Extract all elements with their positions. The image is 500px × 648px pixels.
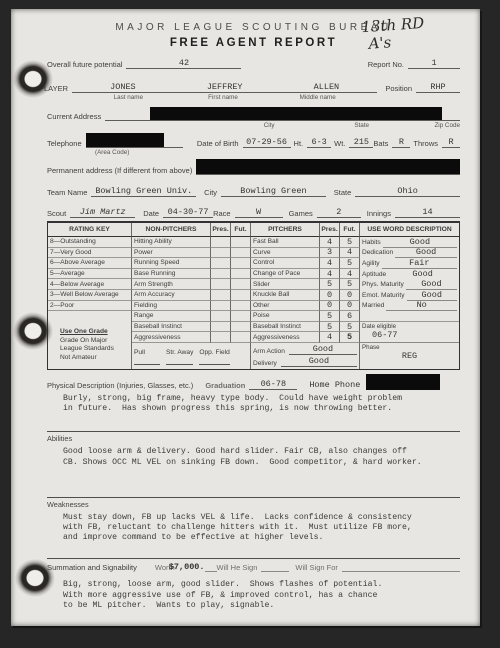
first-name-sublabel: First name	[176, 94, 271, 101]
permanent-address-label: Permanent address (If different from abo…	[47, 166, 196, 175]
team-state-label: State	[326, 188, 356, 197]
physical-description-label: Physical Description (Injuries, Glasses,…	[47, 381, 197, 390]
rating-key-item: 4—Below Average	[48, 279, 132, 290]
col-header-pres: Pres.	[211, 223, 231, 237]
word-desc-row: HabitsGood	[360, 237, 459, 248]
delivery-value: Good	[281, 356, 357, 366]
scout-date-value: 04-30-77	[163, 207, 213, 217]
col-header-non-pitchers: NON-PITCHERS	[132, 223, 211, 237]
graduation-label: Graduation	[205, 381, 249, 390]
pitcher-pres-grade: 4	[320, 237, 340, 248]
current-address-field	[105, 107, 460, 121]
word-desc-label: Dedication	[362, 249, 393, 256]
pitcher-fut-grade: 5	[340, 237, 360, 248]
position-label: Position	[377, 84, 416, 93]
word-desc-label: Married	[362, 302, 384, 309]
word-desc-value: Fair	[409, 258, 429, 268]
phase-label: Phase	[362, 344, 380, 351]
physical-description-text: Burly, strong, big frame, heavy type bod…	[63, 394, 460, 414]
pitcher-pres-grade: 4	[320, 258, 340, 269]
pitcher-skill: Change of Pace	[251, 269, 320, 280]
player-middle-name: ALLEN	[276, 82, 378, 92]
height-label: Ht.	[291, 139, 308, 148]
col-header-pres2: Pres.	[320, 223, 340, 237]
word-desc-blank-line	[360, 311, 459, 322]
word-desc-row: Phys. MaturityGood	[360, 279, 459, 290]
date-eligible-block: Date eligible 06-77	[360, 322, 459, 343]
innings-label: Innings	[361, 209, 395, 218]
non-pitcher-pres-cell	[211, 258, 231, 269]
spray-pull-line	[134, 356, 160, 365]
player-name-sublabels: Last name First name Middle name	[81, 94, 365, 101]
pitcher-fut-grade: 5	[340, 322, 360, 333]
word-desc-label: Agility	[362, 260, 380, 267]
bats-field: R	[392, 137, 410, 148]
pitcher-pres-grade: 0	[320, 301, 340, 312]
pitcher-skill: Knuckle Ball	[251, 290, 320, 301]
graduation-field: 06-78	[249, 379, 297, 390]
col-header-rating-key: RATING KEY	[48, 223, 132, 237]
non-pitcher-skill: Hitting Ability	[132, 237, 211, 248]
punch-hole-bottom	[15, 559, 55, 597]
pitcher-skill: Fast Ball	[251, 237, 320, 248]
team-city-field: Bowling Green	[221, 186, 326, 197]
height-field: 6-3	[307, 137, 331, 148]
city-sublabel: City	[223, 122, 316, 129]
non-pitcher-skill: Base Running	[132, 269, 211, 280]
overall-potential-value: 42	[126, 58, 241, 68]
will-he-sign-field	[261, 562, 289, 572]
punch-hole-middle	[13, 312, 53, 350]
race-label: Race	[213, 209, 235, 218]
abilities-label: Abilities	[47, 434, 460, 443]
team-city-value: Bowling Green	[221, 186, 326, 196]
last-name-sublabel: Last name	[81, 94, 176, 101]
throws-value: R	[442, 137, 460, 147]
pitcher-skill: Control	[251, 258, 320, 269]
pitcher-skill: Aggressiveness	[251, 332, 320, 343]
pitcher-skill: Poise	[251, 311, 320, 322]
col-header-pitchers: PITCHERS	[251, 223, 320, 237]
word-desc-label: Phys. Maturity	[362, 281, 404, 288]
pitcher-skill: Baseball Instinct	[251, 322, 320, 333]
non-pitcher-pres-cell	[211, 322, 231, 333]
pitcher-fut-grade: 4	[340, 248, 360, 259]
games-value: 2	[317, 207, 361, 217]
non-pitcher-fut-cell	[231, 332, 251, 343]
games-label: Games	[283, 209, 317, 218]
spray-pull-label: Pull	[134, 349, 160, 356]
delivery-label: Delivery	[253, 360, 281, 367]
non-pitcher-skill: Range	[132, 311, 211, 322]
pitcher-skill: Other	[251, 301, 320, 312]
spray-opp-field-label: Opp. Field	[199, 349, 229, 356]
non-pitcher-fut-cell	[231, 269, 251, 280]
grade-note-line: Grade On Major	[60, 337, 107, 346]
pitcher-pres-grade: 3	[320, 248, 340, 259]
throws-field: R	[442, 137, 460, 148]
scout-field: Jim Martz	[70, 207, 135, 218]
dob-field: 07-29-56	[243, 137, 291, 148]
team-state-value: Ohio	[355, 186, 460, 196]
team-state-field: Ohio	[355, 186, 460, 197]
current-address-label: Current Address	[47, 112, 105, 121]
spray-chart-cell: Pull Str. Away Opp. Field	[132, 343, 251, 369]
punch-hole-top	[13, 60, 53, 98]
rating-table: RATING KEY NON-PITCHERS Pres. Fut. PITCH…	[47, 221, 460, 370]
spray-opp-field-line	[199, 356, 229, 365]
non-pitcher-pres-cell	[211, 279, 231, 290]
phase-block: Phase REG	[360, 343, 459, 369]
arm-action-delivery-cell: Arm ActionGood DeliveryGood	[251, 343, 360, 369]
section-divider	[47, 558, 460, 559]
will-sign-for-field	[342, 562, 460, 572]
race-value: W	[235, 207, 283, 217]
arm-action-label: Arm Action	[253, 348, 289, 355]
team-name-field: Bowling Green Univ.	[91, 186, 196, 197]
word-desc-value: Good	[410, 237, 430, 247]
non-pitcher-pres-cell	[211, 301, 231, 312]
rating-key-blank-cell	[48, 311, 132, 322]
pitcher-pres-grade: 5	[320, 322, 340, 333]
report-no-field: 1	[408, 58, 460, 69]
non-pitcher-skill: Baseball Instinct	[132, 322, 211, 333]
summation-text: Big, strong, loose arm, good slider. Sho…	[63, 580, 460, 611]
non-pitcher-pres-cell	[211, 332, 231, 343]
non-pitcher-pres-cell	[211, 290, 231, 301]
report-no-label: Report No.	[368, 60, 408, 69]
non-pitcher-fut-cell	[231, 311, 251, 322]
phase-value: REG	[402, 351, 417, 361]
non-pitcher-fut-cell	[231, 279, 251, 290]
will-sign-for-label: Will Sign For	[289, 563, 342, 572]
scout-value: Jim Martz	[70, 207, 135, 217]
arm-action-value: Good	[289, 344, 357, 354]
non-pitcher-skill: Running Speed	[132, 258, 211, 269]
games-field: 2	[317, 207, 361, 218]
home-phone-label: Home Phone	[297, 380, 364, 390]
home-phone-redaction	[366, 374, 440, 390]
pitcher-fut-grade: 6	[340, 311, 360, 322]
telephone-redaction	[86, 133, 164, 147]
weight-value: 215	[349, 137, 373, 147]
throws-label: Throws	[410, 139, 442, 148]
non-pitcher-fut-cell	[231, 248, 251, 259]
non-pitcher-fut-cell	[231, 258, 251, 269]
permanent-address-field	[196, 159, 460, 175]
dob-value: 07-29-56	[243, 137, 291, 147]
innings-value: 14	[395, 207, 460, 217]
report-no-value: 1	[408, 58, 460, 68]
rating-key-item: 7—Very Good	[48, 248, 132, 259]
pitcher-fut-grade: 4	[340, 269, 360, 280]
summation-label: Summation and Signability	[47, 563, 141, 572]
pitcher-pres-grade: 4	[320, 332, 340, 343]
non-pitcher-skill: Arm Accuracy	[132, 290, 211, 301]
non-pitcher-pres-cell	[211, 269, 231, 280]
middle-name-sublabel: Middle name	[270, 94, 365, 101]
pitcher-fut-grade: 5	[340, 279, 360, 290]
bats-value: R	[392, 137, 410, 147]
word-desc-row: MarriedNo	[360, 301, 459, 312]
telephone-label: Telephone	[47, 139, 86, 148]
word-desc-row: AptitudeGood	[360, 269, 459, 280]
grade-note-line: League Standards	[60, 345, 114, 354]
section-divider	[47, 431, 460, 432]
pitcher-pres-grade: 5	[320, 279, 340, 290]
rating-key-item: 5—Average	[48, 269, 132, 280]
pitcher-pres-grade: 0	[320, 290, 340, 301]
height-value: 6-3	[307, 137, 331, 147]
non-pitcher-fut-cell	[231, 290, 251, 301]
word-desc-value: Good	[416, 248, 436, 258]
non-pitcher-fut-cell	[231, 237, 251, 248]
dob-label: Date of Birth	[197, 139, 243, 148]
handwritten-draft-note: 13th RD A's	[361, 15, 426, 53]
position-field: RHP	[416, 82, 460, 93]
rating-key-item: 8—Outstanding	[48, 237, 132, 248]
current-address-redaction	[150, 107, 442, 120]
team-city-label: City	[196, 188, 221, 197]
player-name-field: JONES JEFFREY ALLEN	[72, 82, 377, 93]
will-he-sign-label: Will He Sign	[217, 563, 262, 572]
rating-key-item: 2—Poor	[48, 301, 132, 312]
telephone-field	[86, 133, 183, 148]
scout-date-field: 04-30-77	[163, 207, 213, 218]
word-desc-label: Aptitude	[362, 271, 386, 278]
pitcher-fut-grade: 0	[340, 290, 360, 301]
pitcher-skill: Curve	[251, 248, 320, 259]
pitcher-skill: Slider	[251, 279, 320, 290]
pitcher-fut-grade: 0	[340, 301, 360, 312]
spray-straight-away-label: Str. Away	[166, 349, 193, 356]
non-pitcher-skill: Aggressiveness	[132, 332, 211, 343]
player-first-name: JEFFREY	[174, 82, 276, 92]
date-eligible-label: Date eligible	[362, 323, 396, 330]
innings-field: 14	[395, 207, 460, 218]
player-last-name: JONES	[72, 82, 174, 92]
pitcher-pres-grade: 5	[320, 311, 340, 322]
rating-key-item: 3—Well Below Average	[48, 290, 132, 301]
non-pitcher-skill: Fielding	[132, 301, 211, 312]
pitcher-fut-grade: 5	[340, 258, 360, 269]
weaknesses-text: Must stay down, FB up lacks VEL & life. …	[63, 513, 460, 544]
weight-label: Wt.	[331, 139, 349, 148]
non-pitcher-fut-cell	[231, 301, 251, 312]
pitcher-fut-grade: 5	[340, 332, 360, 343]
overall-potential-label: Overall future potential	[47, 60, 126, 69]
section-divider	[47, 497, 460, 498]
grade-note: Use One Grade Grade On Major League Stan…	[48, 322, 132, 369]
bats-label: Bats	[373, 139, 392, 148]
race-field: W	[235, 207, 283, 218]
word-desc-value: No	[417, 301, 427, 311]
non-pitcher-pres-cell	[211, 311, 231, 322]
graduation-value: 06-78	[249, 379, 297, 389]
scout-date-label: Date	[135, 209, 163, 218]
word-desc-label: Habits	[362, 239, 381, 246]
grade-note-line: Use One Grade	[60, 328, 108, 337]
word-desc-row: DedicationGood	[360, 248, 459, 259]
scanned-report-page: 13th RD A's MAJOR LEAGUE SCOUTING BUREAU…	[11, 9, 480, 626]
state-sublabel: State	[315, 122, 408, 129]
team-name-value: Bowling Green Univ.	[91, 186, 196, 196]
zip-sublabel: Zip Code	[408, 122, 460, 129]
non-pitcher-skill: Power	[132, 248, 211, 259]
rating-key-item: 6—Above Average	[48, 258, 132, 269]
non-pitcher-pres-cell	[211, 237, 231, 248]
word-desc-value: Good	[412, 269, 432, 279]
spray-straight-away-line	[166, 356, 193, 365]
word-desc-value: Good	[421, 279, 441, 289]
team-name-label: Team Name	[47, 188, 91, 197]
weaknesses-label: Weaknesses	[47, 500, 460, 509]
word-desc-label: Emot. Maturity	[362, 292, 405, 299]
non-pitcher-pres-cell	[211, 248, 231, 259]
word-desc-row: AgilityFair	[360, 258, 459, 269]
non-pitcher-skill: Arm Strength	[132, 279, 211, 290]
non-pitcher-fut-cell	[231, 322, 251, 333]
abilities-text: Good loose arm & delivery. Good hard sli…	[63, 447, 460, 467]
area-code-sublabel: (Area Code)	[95, 149, 129, 156]
weight-field: 215	[349, 137, 373, 148]
overall-potential-field: 42	[126, 58, 241, 69]
col-header-fut2: Fut.	[340, 223, 360, 237]
word-desc-value: Good	[422, 290, 442, 300]
pitcher-pres-grade: 4	[320, 269, 340, 280]
scout-label: Scout	[47, 209, 70, 218]
col-header-fut: Fut.	[231, 223, 251, 237]
date-eligible-value: 06-77	[362, 330, 398, 340]
worth-value: $7,000.	[169, 562, 205, 572]
word-desc-row: Emot. MaturityGood	[360, 290, 459, 301]
col-header-word-description: USE WORD DESCRIPTION	[360, 223, 459, 237]
permanent-address-redaction	[196, 159, 460, 174]
grade-note-line: Not Amateur	[60, 354, 97, 363]
position-value: RHP	[416, 82, 460, 92]
